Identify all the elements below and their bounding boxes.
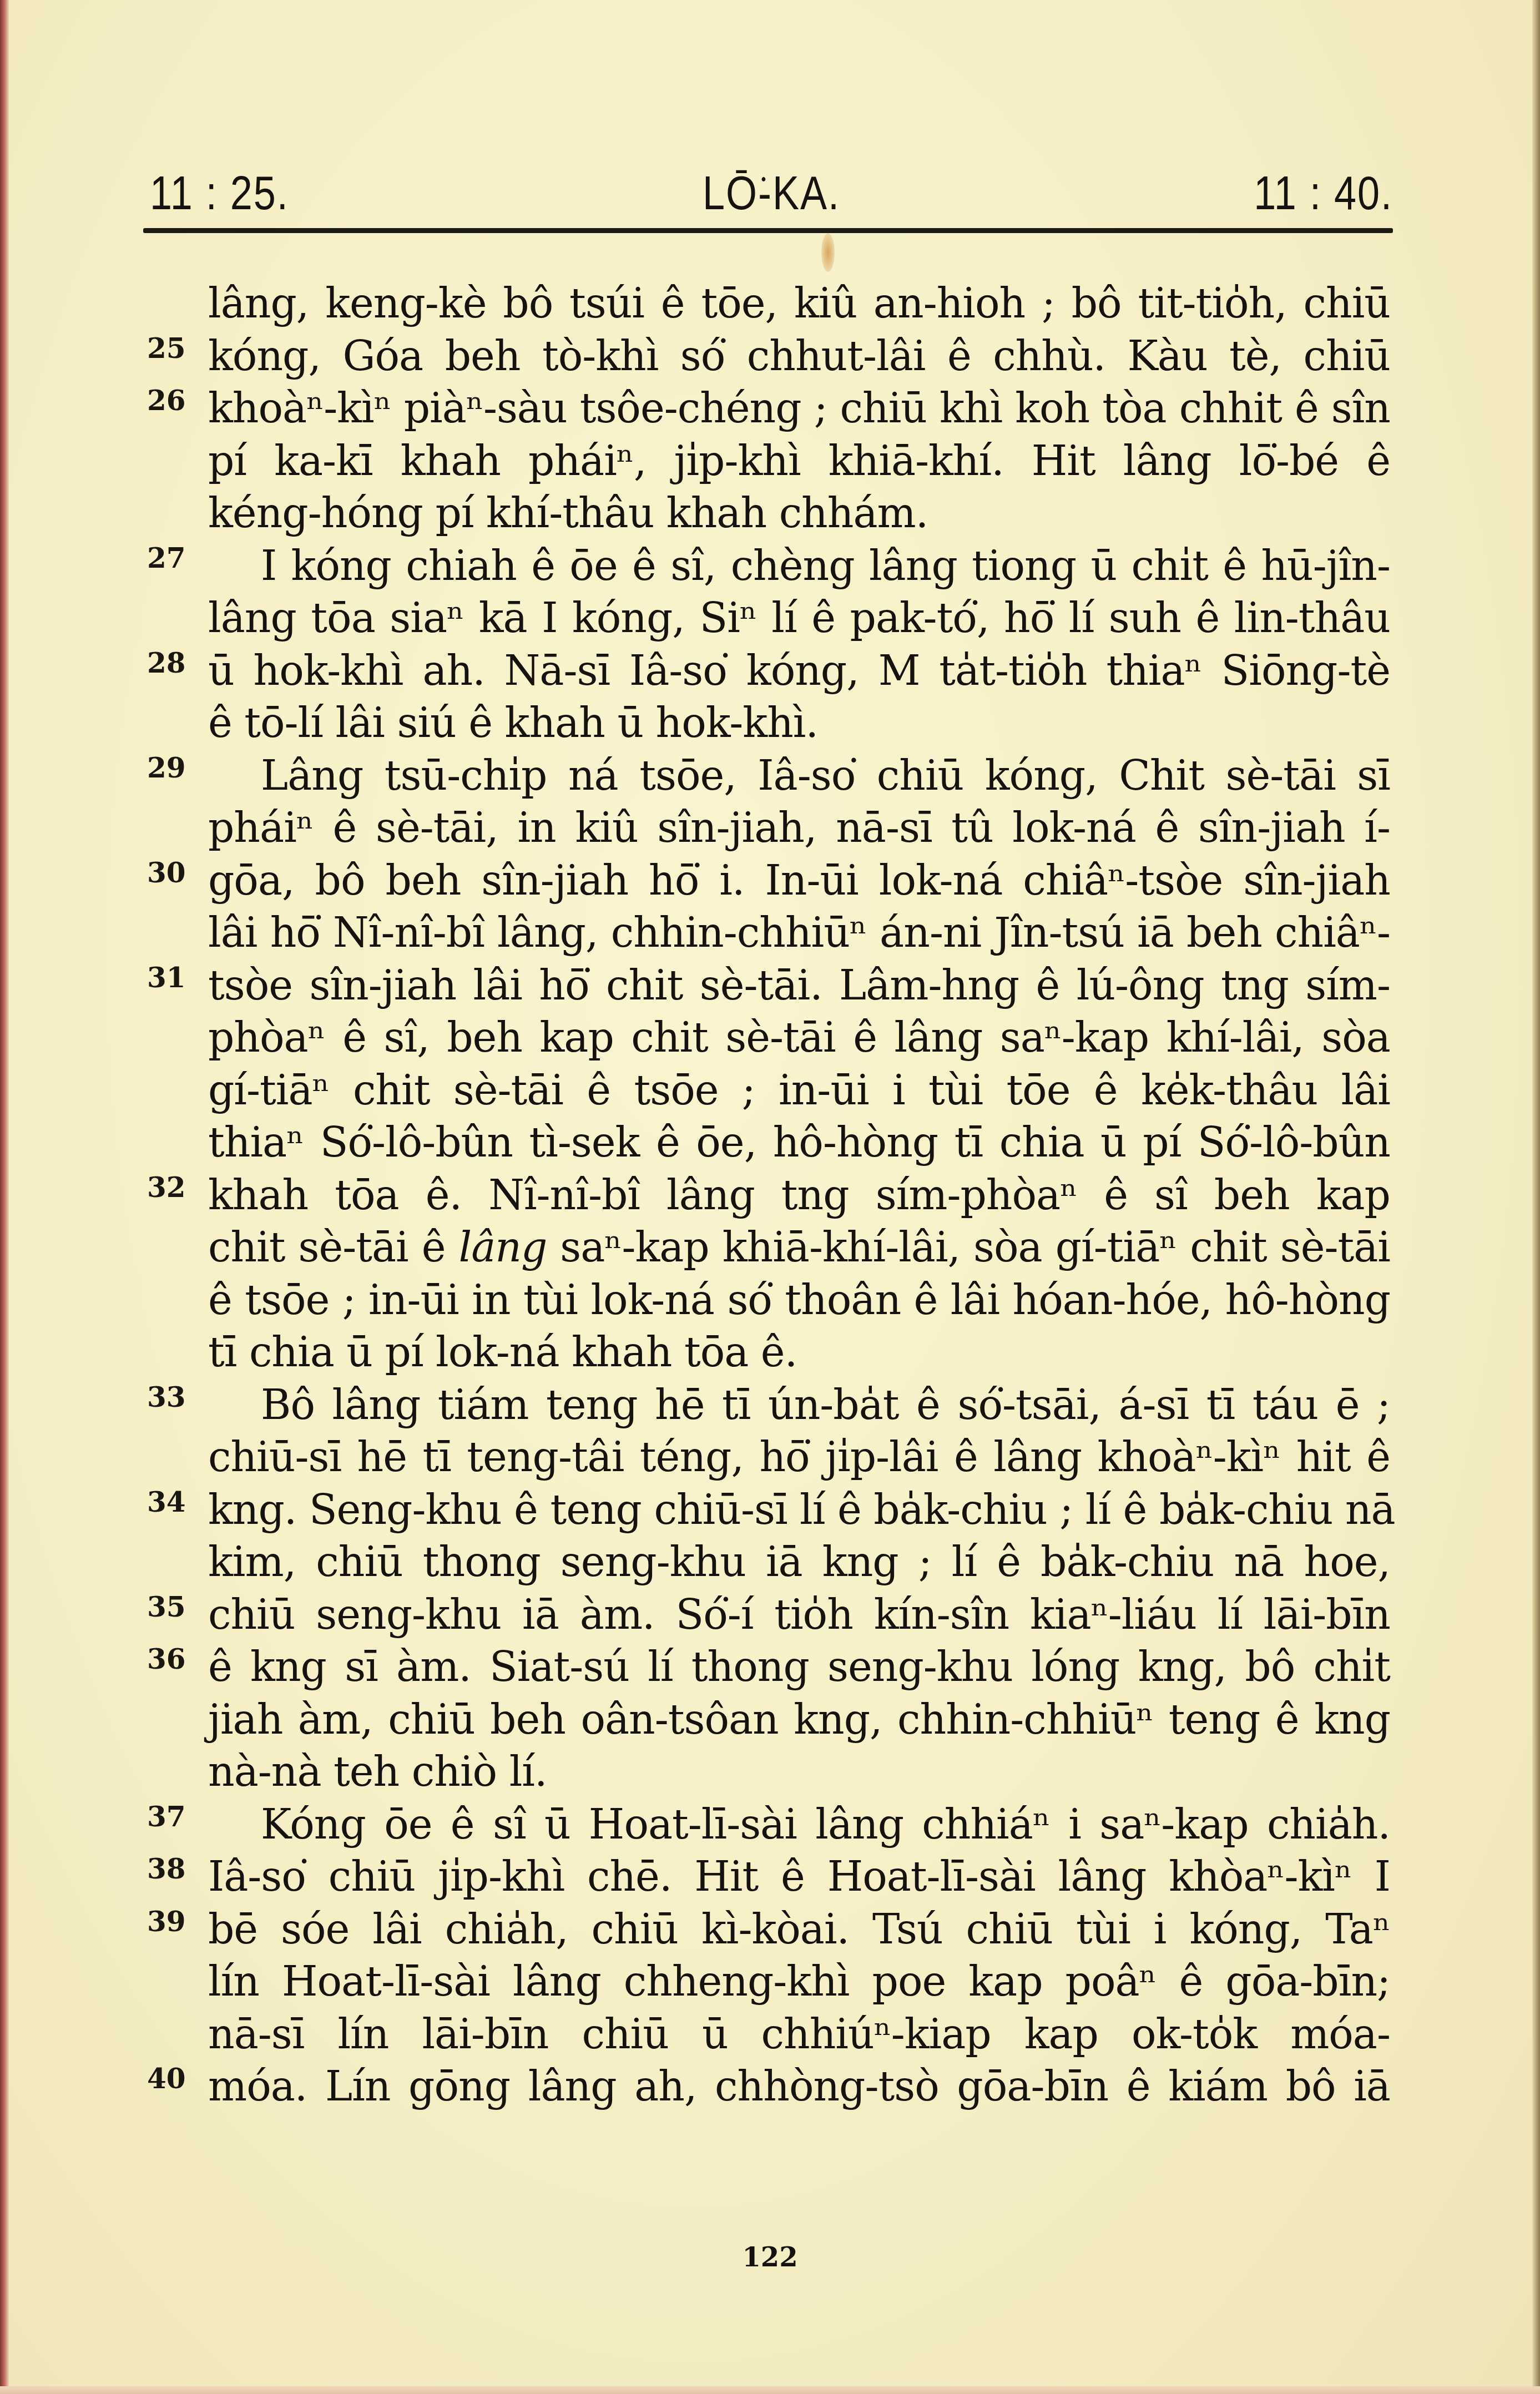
text-line: 39bē sóe lâi chia̍h, chiū kì-kòai. Tsú c… [208, 1903, 1390, 1956]
verse-number: 27 [147, 532, 186, 585]
line-text: jiah àm, chiū beh oân-tsôan kng, chhin-c… [208, 1694, 1390, 1746]
verse-number: 25 [147, 322, 186, 375]
line-text: kéng-hóng pí khí-thâu khah chhám. [208, 487, 1390, 540]
book-page: 11 : 25. LŌ͘-KA. 11 : 40. lâng, keng-kè … [0, 0, 1540, 2394]
page-edge-bottom [0, 2386, 1540, 2394]
paper-stain [821, 233, 835, 272]
page-edge-right [1532, 0, 1540, 2394]
line-text: kng. Seng-khu ê teng chiū-sī lí ê ba̍k-c… [208, 1484, 1390, 1537]
line-text: gí-tiāⁿ chit sè-tāi ê tsōe ; in-ūi i tùi… [208, 1064, 1390, 1117]
line-text: Lâng tsū-chi̍p ná tsōe, Iâ-so͘ chiū kóng… [208, 750, 1390, 802]
line-text: ê kng sī àm. Siat-sú lí thong seng-khu l… [208, 1641, 1390, 1694]
line-text: khah tōa ê. Nî-nî-bî lâng tng sím-phòaⁿ … [208, 1169, 1390, 1222]
line-text: ū hok-khì ah. Nā-sī Iâ-so͘ kóng, M ta̍t-… [208, 645, 1390, 698]
line-text: ê tō-lí lâi siú ê khah ū hok-khì. [208, 697, 1390, 750]
text-line: 26khoàⁿ-kìⁿ piàⁿ-sàu tsôe-chéng ; chiū k… [208, 382, 1390, 435]
verse-number: 36 [147, 1633, 186, 1686]
text-line: lâi hō͘ Nî-nî-bî lâng, chhin-chhiūⁿ án-n… [208, 907, 1390, 959]
text-line: phòaⁿ ê sî, beh kap chit sè-tāi ê lâng s… [208, 1012, 1390, 1064]
text-line: nā-sī lín lāi-bīn chiū ū chhiúⁿ-kiap kap… [208, 2008, 1390, 2061]
line-text: kóng, Góa beh tò-khì só͘ chhut-lâi ê chh… [208, 330, 1390, 383]
text-line: 36ê kng sī àm. Siat-sú lí thong seng-khu… [208, 1641, 1390, 1694]
text-line: 37Kóng ōe ê sî ū Hoat-lī-sài lâng chhiáⁿ… [208, 1799, 1390, 1851]
line-text: phòaⁿ ê sî, beh kap chit sè-tāi ê lâng s… [208, 1012, 1390, 1064]
text-line: 33Bô lâng tiám teng hē tī ún-ba̍t ê só͘-… [208, 1379, 1390, 1432]
line-text: móa. Lín gōng lâng ah, chhòng-tsò gōa-bī… [208, 2060, 1390, 2113]
scripture-text-block: lâng, keng-kè bô tsúi ê tōe, kiû an-hioh… [208, 277, 1390, 2113]
text-line: gí-tiāⁿ chit sè-tāi ê tsōe ; in-ūi i tùi… [208, 1064, 1390, 1117]
verse-number: 35 [147, 1581, 186, 1634]
verse-number: 32 [147, 1161, 186, 1214]
line-text: nà-nà teh chiò lí. [208, 1746, 1390, 1799]
line-text: chiū-sī hē tī teng-tâi téng, hō͘ ji̍p-lâ… [208, 1431, 1390, 1484]
text-line: 32khah tōa ê. Nî-nî-bî lâng tng sím-phòa… [208, 1169, 1390, 1222]
text-line: lín Hoat-lī-sài lâng chheng-khì poe kap … [208, 1956, 1390, 2008]
line-text: lín Hoat-lī-sài lâng chheng-khì poe kap … [208, 1956, 1390, 2008]
verse-number: 26 [147, 375, 186, 427]
text-line: 31tsòe sîn-jiah lâi hō͘ chit sè-tāi. Lâm… [208, 959, 1390, 1012]
line-text: kim, chiū thong seng-khu iā kng ; lí ê b… [208, 1536, 1390, 1589]
line-text: Iâ-so͘ chiū ji̍p-khì chē. Hit ê Hoat-lī-… [208, 1851, 1390, 1903]
text-line: 27I kóng chiah ê ōe ê sî, chèng lâng tio… [208, 540, 1390, 593]
line-text: tsòe sîn-jiah lâi hō͘ chit sè-tāi. Lâm-h… [208, 959, 1390, 1012]
text-line: nà-nà teh chiò lí. [208, 1746, 1390, 1799]
text-line: 25kóng, Góa beh tò-khì só͘ chhut-lâi ê c… [208, 330, 1390, 383]
line-text: Bô lâng tiám teng hē tī ún-ba̍t ê só͘-ts… [208, 1379, 1390, 1432]
text-line: lâng tōa siaⁿ kā I kóng, Siⁿ lí ê pak-tó… [208, 592, 1390, 645]
verse-number: 33 [147, 1371, 186, 1424]
header-rule [143, 228, 1393, 233]
italic-emphasis: lâng [458, 1224, 547, 1271]
text-line: jiah àm, chiū beh oân-tsôan kng, chhin-c… [208, 1694, 1390, 1746]
line-text: Kóng ōe ê sî ū Hoat-lī-sài lâng chhiáⁿ i… [208, 1799, 1390, 1851]
verse-number: 40 [147, 2053, 186, 2105]
line-text: gōa, bô beh sîn-jiah hō͘ i. In-ūi lok-ná… [208, 855, 1390, 907]
text-line: kéng-hóng pí khí-thâu khah chhám. [208, 487, 1390, 540]
verse-number: 30 [147, 847, 186, 900]
verse-number: 28 [147, 637, 186, 690]
verse-number: 37 [147, 1791, 186, 1844]
verse-number: 31 [147, 952, 186, 1004]
text-line: pháiⁿ ê sè-tāi, in kiû sîn-jiah, nā-sī t… [208, 802, 1390, 855]
verse-number: 34 [147, 1476, 186, 1529]
line-text: bē sóe lâi chia̍h, chiū kì-kòai. Tsú chi… [208, 1903, 1390, 1956]
line-text: lâng, keng-kè bô tsúi ê tōe, kiû an-hioh… [208, 277, 1390, 330]
text-line: pí ka-kī khah pháiⁿ, ji̍p-khì khiā-khí. … [208, 435, 1390, 488]
text-line: 28ū hok-khì ah. Nā-sī Iâ-so͘ kóng, M ta̍… [208, 645, 1390, 698]
text-line: ê tō-lí lâi siú ê khah ū hok-khì. [208, 697, 1390, 750]
line-text: tī chia ū pí lok-ná khah tōa ê. [208, 1326, 1390, 1379]
line-text: pí ka-kī khah pháiⁿ, ji̍p-khì khiā-khí. … [208, 435, 1390, 488]
line-text: khoàⁿ-kìⁿ piàⁿ-sàu tsôe-chéng ; chiū khì… [208, 382, 1390, 435]
text-line: 30gōa, bô beh sîn-jiah hō͘ i. In-ūi lok-… [208, 855, 1390, 907]
text-line: chiū-sī hē tī teng-tâi téng, hō͘ ji̍p-lâ… [208, 1431, 1390, 1484]
text-line: 38Iâ-so͘ chiū ji̍p-khì chē. Hit ê Hoat-l… [208, 1851, 1390, 1903]
line-text: nā-sī lín lāi-bīn chiū ū chhiúⁿ-kiap kap… [208, 2008, 1390, 2061]
line-text: ê tsōe ; in-ūi in tùi lok-ná só͘ thoân ê… [208, 1274, 1390, 1327]
text-line: lâng, keng-kè bô tsúi ê tōe, kiû an-hioh… [208, 277, 1390, 330]
text-line: kim, chiū thong seng-khu iā kng ; lí ê b… [208, 1536, 1390, 1589]
line-text: thiaⁿ Só͘-lô-bûn tì-sek ê ōe, hô-hòng tī… [208, 1117, 1390, 1169]
text-line: thiaⁿ Só͘-lô-bûn tì-sek ê ōe, hô-hòng tī… [208, 1117, 1390, 1169]
header-right-reference: 11 : 40. [1254, 166, 1393, 220]
line-text: chiū seng-khu iā àm. Só͘-í tio̍h kín-sîn… [208, 1589, 1390, 1642]
line-text: lâng tōa siaⁿ kā I kóng, Siⁿ lí ê pak-tó… [208, 592, 1390, 645]
verse-number: 29 [147, 742, 186, 795]
page-number: 122 [0, 2242, 1540, 2273]
line-text: I kóng chiah ê ōe ê sî, chèng lâng tiong… [208, 540, 1390, 593]
text-line: 29Lâng tsū-chi̍p ná tsōe, Iâ-so͘ chiū kó… [208, 750, 1390, 802]
verse-number: 38 [147, 1843, 186, 1896]
line-text: lâi hō͘ Nî-nî-bî lâng, chhin-chhiūⁿ án-n… [208, 907, 1390, 959]
header-book-title: LŌ͘-KA. [150, 166, 1393, 220]
line-text: pháiⁿ ê sè-tāi, in kiû sîn-jiah, nā-sī t… [208, 802, 1390, 855]
text-line: 34kng. Seng-khu ê teng chiū-sī lí ê ba̍k… [208, 1484, 1390, 1537]
text-line: 40móa. Lín gōng lâng ah, chhòng-tsò gōa-… [208, 2060, 1390, 2113]
verse-number: 39 [147, 1896, 186, 1948]
page-edge-left [0, 0, 9, 2394]
text-line: chit sè-tāi ê lâng saⁿ-kap khiā-khí-lâi,… [208, 1221, 1390, 1274]
text-line: 35chiū seng-khu iā àm. Só͘-í tio̍h kín-s… [208, 1589, 1390, 1642]
text-line: tī chia ū pí lok-ná khah tōa ê. [208, 1326, 1390, 1379]
text-line: ê tsōe ; in-ūi in tùi lok-ná só͘ thoân ê… [208, 1274, 1390, 1327]
line-text: chit sè-tāi ê lâng saⁿ-kap khiā-khí-lâi,… [208, 1221, 1390, 1274]
